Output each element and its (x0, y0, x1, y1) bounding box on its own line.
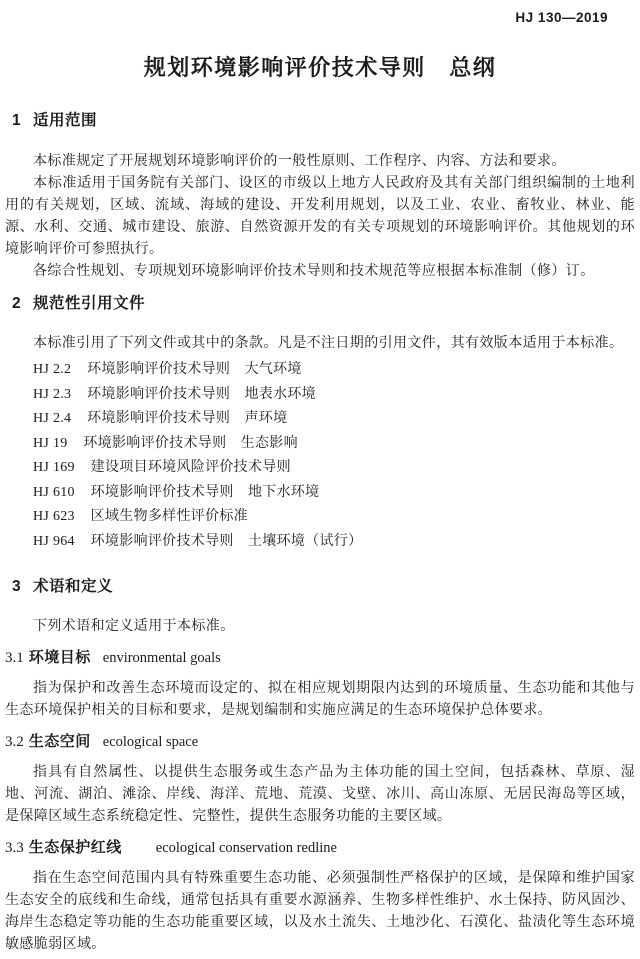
reference-item: HJ 623 区域生物多样性评价标准 (5, 505, 635, 530)
term-definition: 指为保护和改善生态环境而设定的、拟在相应规划期限内达到的环境质量、生态功能和其他… (5, 678, 635, 722)
term-block-ecological-conservation-redline: 3.3生态保护红线ecological conservation redline… (5, 838, 635, 956)
reference-title: 环境影响评价技术导则 生态影响 (83, 436, 298, 451)
reference-item: HJ 2.2 环境影响评价技术导则 大气环境 (5, 358, 635, 383)
section-2-heading: 2 规范性引用文件 (5, 295, 635, 313)
reference-code: HJ 19 (33, 436, 68, 451)
term-name-zh: 生态空间 (29, 733, 91, 750)
page-title: 规划环境影响评价技术导则 总纲 (5, 55, 635, 81)
paragraph: 本标准引用了下列文件或其中的条款。凡是不注日期的引用文件，其有效版本适用于本标准… (5, 333, 635, 355)
term-heading: 3.1环境目标environmental goals (5, 648, 635, 668)
reference-code: HJ 2.3 (33, 387, 71, 402)
reference-code: HJ 169 (33, 460, 75, 475)
section-title: 术语和定义 (33, 578, 113, 596)
reference-item: HJ 19 环境影响评价技术导则 生态影响 (5, 432, 635, 457)
document-page: { "header": { "doc_number": "HJ 130—2019… (0, 0, 640, 959)
term-number: 3.3 (5, 840, 24, 856)
reference-code: HJ 2.2 (33, 362, 71, 377)
term-name-en: ecological conservation redline (156, 840, 337, 856)
section-number: 1 (12, 112, 33, 130)
section-terms-definitions: 3 术语和定义 下列术语和定义适用于本标准。 3.1环境目标environmen… (5, 578, 635, 956)
reference-code: HJ 2.4 (33, 411, 71, 426)
section-1-heading: 1 适用范围 (5, 112, 635, 130)
term-block-ecological-space: 3.2生态空间ecological space 指具有自然属性、以提供生态服务或… (5, 732, 635, 828)
section-title: 适用范围 (33, 112, 97, 130)
term-number: 3.2 (5, 734, 24, 750)
reference-code: HJ 610 (33, 485, 75, 500)
section-number: 2 (12, 295, 33, 313)
term-name-zh: 生态保护红线 (29, 839, 122, 856)
term-name-en: ecological space (103, 734, 198, 750)
reference-item: HJ 964 环境影响评价技术导则 土壤环境（试行） (5, 530, 635, 555)
reference-title: 环境影响评价技术导则 地下水环境 (91, 485, 320, 500)
term-definition: 指在生态空间范围内具有特殊重要生态功能、必须强制性严格保护的区域，是保障和维护国… (5, 868, 635, 956)
doc-number: HJ 130—2019 (5, 0, 635, 26)
section-scope: 1 适用范围 本标准规定了开展规划环境影响评价的一般性原则、工作程序、内容、方法… (5, 112, 635, 283)
section-3-heading: 3 术语和定义 (5, 578, 635, 596)
reference-title: 环境影响评价技术导则 土壤环境（试行） (91, 534, 363, 549)
term-name-zh: 环境目标 (29, 649, 91, 666)
paragraph: 各综合性规划、专项规划环境影响评价技术导则和技术规范等应根据本标准制（修）订。 (5, 261, 635, 283)
section-title: 规范性引用文件 (33, 295, 145, 313)
reference-item: HJ 610 环境影响评价技术导则 地下水环境 (5, 481, 635, 506)
section-number: 3 (12, 578, 33, 596)
reference-code: HJ 964 (33, 534, 75, 549)
reference-title: 建设项目环境风险评价技术导则 (91, 460, 291, 475)
term-definition: 指具有自然属性、以提供生态服务或生态产品为主体功能的国土空间，包括森林、草原、湿… (5, 762, 635, 828)
reference-title: 环境影响评价技术导则 大气环境 (87, 362, 302, 377)
term-name-en: environmental goals (103, 650, 221, 666)
paragraph: 本标准规定了开展规划环境影响评价的一般性原则、工作程序、内容、方法和要求。 (5, 151, 635, 173)
term-heading: 3.2生态空间ecological space (5, 732, 635, 752)
section-normative-references: 2 规范性引用文件 本标准引用了下列文件或其中的条款。凡是不注日期的引用文件，其… (5, 295, 635, 554)
term-number: 3.1 (5, 650, 24, 666)
reference-title: 区域生物多样性评价标准 (91, 509, 248, 524)
reference-title: 环境影响评价技术导则 地表水环境 (87, 387, 316, 402)
reference-item: HJ 2.4 环境影响评价技术导则 声环境 (5, 407, 635, 432)
standard-document-page: HJ 130—2019 规划环境影响评价技术导则 总纲 1 适用范围 本标准规定… (0, 0, 640, 959)
term-heading: 3.3生态保护红线ecological conservation redline (5, 838, 635, 858)
reference-item: HJ 169 建设项目环境风险评价技术导则 (5, 456, 635, 481)
paragraph: 本标准适用于国务院有关部门、设区的市级以上地方人民政府及其有关部门组织编制的土地… (5, 173, 635, 261)
reference-code: HJ 623 (33, 509, 75, 524)
reference-item: HJ 2.3 环境影响评价技术导则 地表水环境 (5, 383, 635, 408)
paragraph: 下列术语和定义适用于本标准。 (5, 616, 635, 638)
reference-list: HJ 2.2 环境影响评价技术导则 大气环境 HJ 2.3 环境影响评价技术导则… (5, 358, 635, 554)
reference-title: 环境影响评价技术导则 声环境 (87, 411, 287, 426)
term-block-environmental-goals: 3.1环境目标environmental goals 指为保护和改善生态环境而设… (5, 648, 635, 722)
